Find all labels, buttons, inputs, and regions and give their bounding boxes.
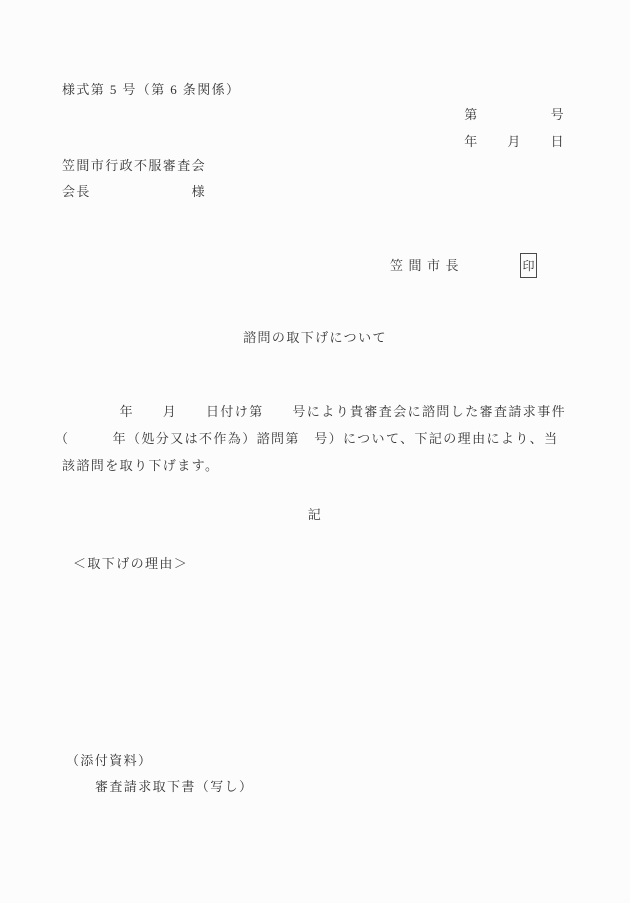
body-paragraph-line-2: （ 年（処分又は不作為）諮問第 号）について、下記の理由により、当 [55, 430, 558, 447]
addressee-organization: 笠間市行政不服審査会 [62, 157, 206, 174]
document-title: 諮問の取下げについて [0, 329, 630, 346]
body-paragraph-line-3: 該諮問を取り下げます。 [62, 457, 219, 474]
attachment-section-label: （添付資料） [66, 752, 152, 769]
form-number-label: 様式第 5 号（第 6 条関係） [62, 81, 240, 98]
sender-mayor-label: 笠間市長 [390, 257, 464, 274]
record-marker: 記 [0, 506, 630, 523]
date-blank-line: 年 月 日 [464, 133, 565, 150]
addressee-chairman-line: 会長 様 [62, 183, 206, 200]
withdrawal-reason-heading: ＜取下げの理由＞ [73, 555, 188, 572]
document-page: 様式第 5 号（第 6 条関係） 第 号 年 月 日 笠間市行政不服審査会 会長… [0, 0, 630, 903]
attachment-item: 審査請求取下書（写し） [95, 778, 253, 795]
doc-number-blank-line: 第 号 [464, 106, 565, 123]
body-paragraph-line-1: 年 月 日付け第 号により貴審査会に諮問した審査請求事件 [62, 403, 566, 420]
seal-placeholder-box: 印 [520, 253, 537, 278]
